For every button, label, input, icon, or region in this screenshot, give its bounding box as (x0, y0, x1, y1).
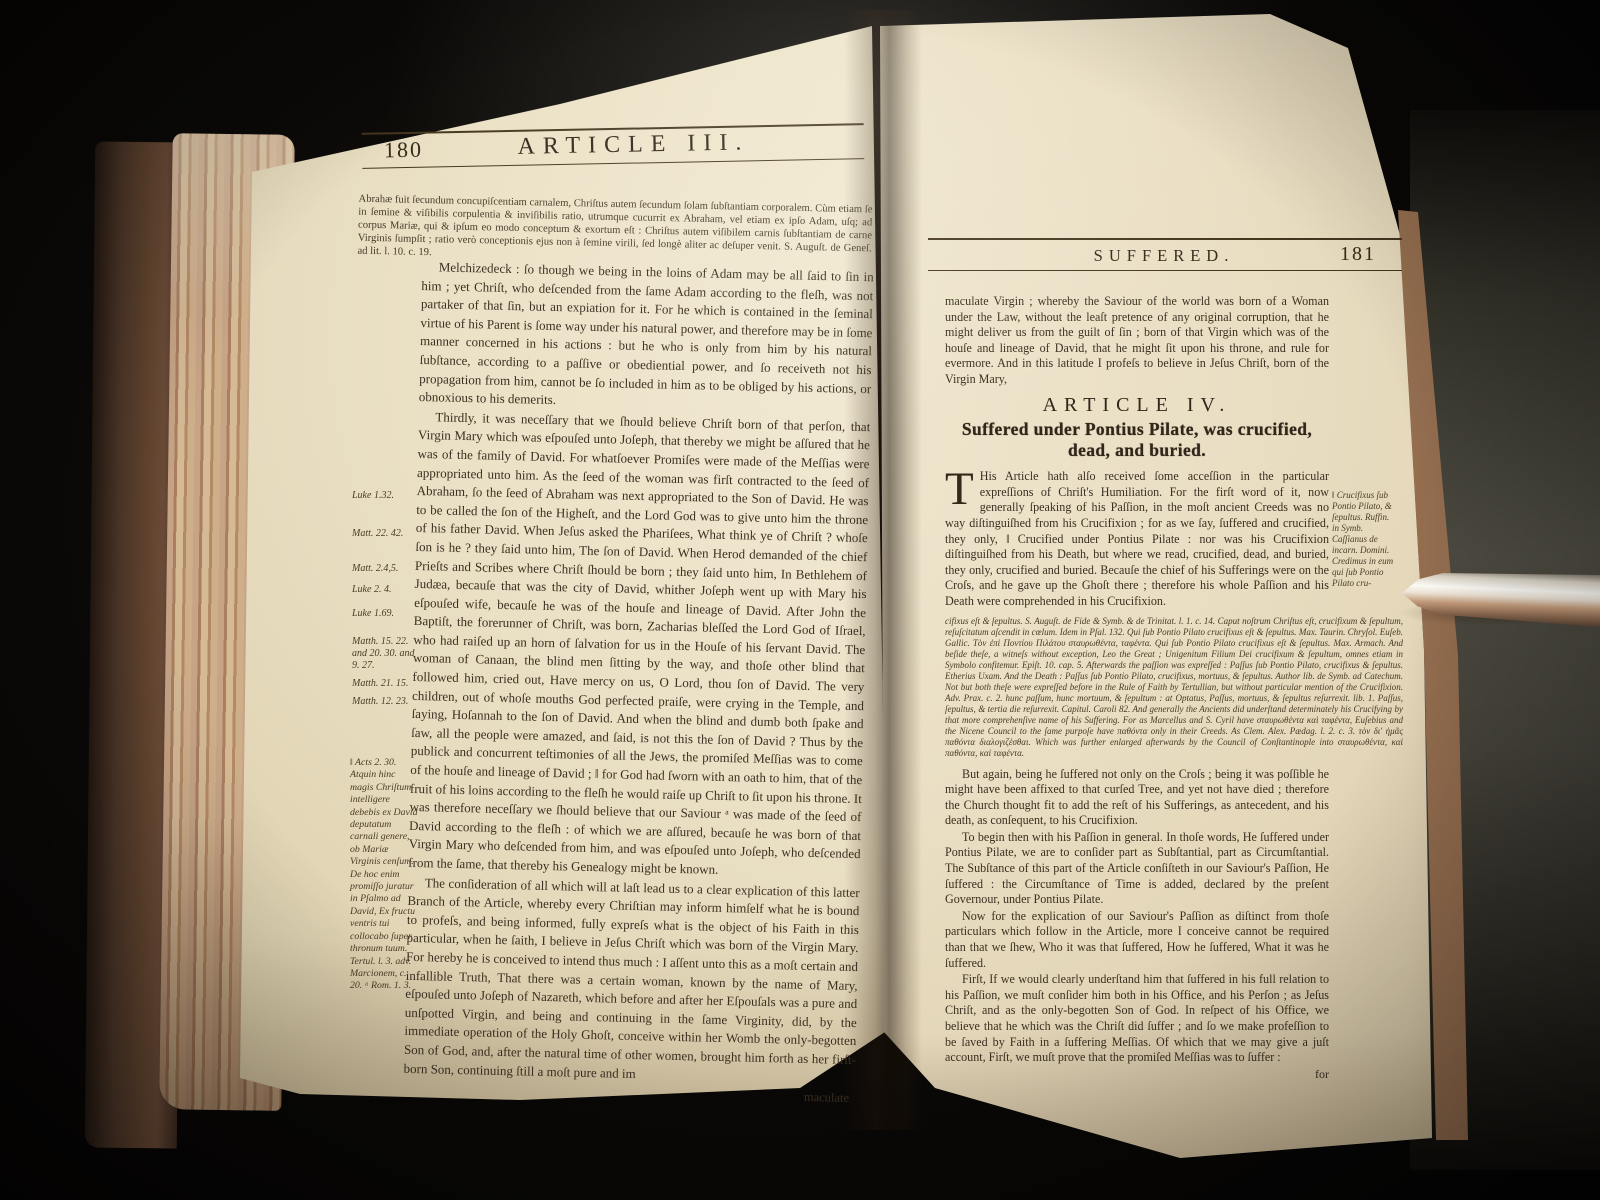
margin-note: Matt. 2.4,5. (352, 563, 418, 575)
header-rule-bottom (928, 270, 1402, 271)
margin-note: Matt. 22. 42. (352, 528, 418, 540)
margin-note: Luke 1.32. (352, 490, 418, 502)
right-page-header: SUFFERED. 181 (928, 238, 1402, 271)
right-page-body: maculate Virgin ; whereby the Saviour of… (945, 294, 1329, 1082)
margin-note-right: ‖ Crucifixus ſub Pontio Pilato, & ſepult… (1332, 490, 1394, 589)
article-subtitle: Suffered under Pontius Pilate, was cruci… (945, 419, 1329, 461)
footnote-block: cifixus eſt & ſepultus. S. Auguſt. de Fi… (945, 616, 1403, 759)
drop-cap: T (945, 469, 980, 508)
body-paragraph: To begin then with his Paſſion in genera… (945, 830, 1329, 908)
margin-note: Luke 2. 4. (352, 584, 418, 596)
intro-paragraph: maculate Virgin ; whereby the Saviour of… (945, 294, 1329, 388)
body-paragraph: Firſt, If we would clearly underſtand hi… (945, 972, 1329, 1066)
first-paragraph-text: His Article hath alſo received ſome acce… (945, 469, 1329, 608)
margin-note: Matth. 15. 22. and 20. 30. and 9. 27. (352, 636, 418, 672)
page-number-right: 181 (1340, 243, 1376, 266)
book-photo-scene: 180 ARTICLE III. Abrahæ fuit ſecundum co… (0, 0, 1600, 1200)
left-page-body: Melchizedeck : ſo though we being in the… (403, 258, 874, 1108)
margin-note: Matth. 12. 23. (352, 696, 418, 708)
body-paragraph: Now for the explication of our Saviour's… (945, 909, 1329, 971)
latin-top-note: Abrahæ fuit ſecundum concupiſcentiam car… (357, 193, 872, 269)
subtitle-line2: dead, and buried. (1068, 440, 1206, 460)
running-title-right: SUFFERED. (928, 246, 1340, 266)
page-number-left: 180 (384, 137, 423, 164)
catchword-right: for (945, 1067, 1333, 1083)
running-title-left: ARTICLE III. (423, 127, 864, 162)
article-heading: ARTICLE IV. (945, 398, 1329, 414)
body-paragraph: But again, being he ſuffered not only on… (945, 767, 1329, 829)
subtitle-line1: Suffered under Pontius Pilate, was cruci… (962, 419, 1312, 439)
body-paragraph: Thirdly, it was neceſſary that we ſhould… (408, 408, 870, 883)
first-paragraph: THis Article hath alſo received ſome acc… (945, 469, 1329, 609)
margin-note: Luke 1.69. (352, 608, 418, 620)
body-paragraph: Melchizedeck : ſo though we being in the… (419, 258, 874, 417)
margin-note: Matth. 21. 15. (352, 678, 418, 690)
margin-note-long: ‖ Acts 2. 30. Atquin hinc magis Chriſtum… (350, 757, 420, 993)
body-paragraph: The conſideration of all which will at l… (403, 873, 860, 1088)
